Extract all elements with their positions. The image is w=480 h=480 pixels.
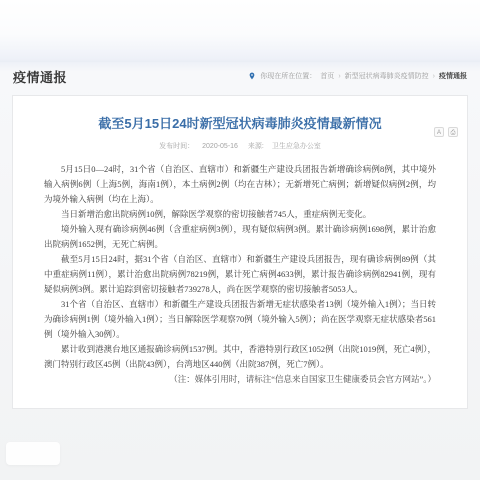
- section-title: 疫情通报: [13, 67, 67, 86]
- paragraph-imported-cases: 境外输入现有确诊病例46例（含重症病例3例），现有疑似病例3例。累计确诊病例16…: [44, 222, 436, 252]
- article-card: 截至5月15日24时新型冠状病毒肺炎疫情最新情况 发布时间：2020-05-16…: [12, 95, 468, 409]
- article-title: 截至5月15日24时新型冠状病毒肺炎疫情最新情况: [13, 113, 467, 132]
- paragraph-hk-macao-taiwan: 累计收到港澳台地区通报确诊病例1537例。其中，香港特别行政区1052例（出院1…: [44, 342, 436, 372]
- paragraph-daily-new-cases: 5月15日0—24时，31个省（自治区、直辖市）和新疆生产建设兵团报告新增确诊病…: [44, 162, 436, 207]
- breadcrumb: 你现在所在位置： 首页 › 新型冠状病毒肺炎疫情防控 › 疫情通报: [248, 71, 467, 81]
- media-citation-note: （注：媒体引用时，请标注“信息来自国家卫生健康委员会官方网站”。）: [44, 372, 436, 387]
- location-pin-icon: [248, 72, 256, 80]
- publish-date: 2020-05-16: [202, 143, 238, 150]
- breadcrumb-separator: ›: [338, 73, 340, 80]
- font-size-icon[interactable]: A: [434, 127, 444, 137]
- publish-time-label: 发布时间：: [159, 143, 194, 150]
- print-icon[interactable]: ⎙: [448, 127, 458, 137]
- article-meta: 发布时间：2020-05-16 来源:卫生应急办公室: [13, 141, 467, 151]
- paragraph-daily-recovered: 当日新增治愈出院病例10例，解除医学观察的密切接触者745人，重症病例无变化。: [44, 207, 436, 222]
- article-body: 5月15日0—24时，31个省（自治区、直辖市）和新疆生产建设兵团报告新增确诊病…: [44, 162, 436, 387]
- paragraph-asymptomatic-cases: 31个省（自治区、直辖市）和新疆生产建设兵团报告新增无症状感染者13例（境外输入…: [44, 297, 436, 342]
- article-toolbar: A ⎙: [434, 127, 458, 137]
- breadcrumb-item-epidemic-control[interactable]: 新型冠状病毒肺炎疫情防控: [345, 71, 429, 81]
- top-gradient-band: [0, 0, 480, 62]
- source-label: 来源:: [248, 143, 264, 150]
- breadcrumb-separator: ›: [433, 73, 435, 80]
- source-value: 卫生应急办公室: [272, 143, 321, 150]
- paragraph-cumulative-totals: 截至5月15日24时，据31个省（自治区、直辖市）和新疆生产建设兵团报告，现有确…: [44, 252, 436, 297]
- floating-widget[interactable]: [6, 442, 60, 465]
- breadcrumb-item-home[interactable]: 首页: [320, 71, 334, 81]
- breadcrumb-item-current: 疫情通报: [439, 71, 467, 81]
- breadcrumb-location-label: 你现在所在位置：: [260, 71, 316, 81]
- page-header: 疫情通报 你现在所在位置： 首页 › 新型冠状病毒肺炎疫情防控 › 疫情通报: [0, 62, 480, 90]
